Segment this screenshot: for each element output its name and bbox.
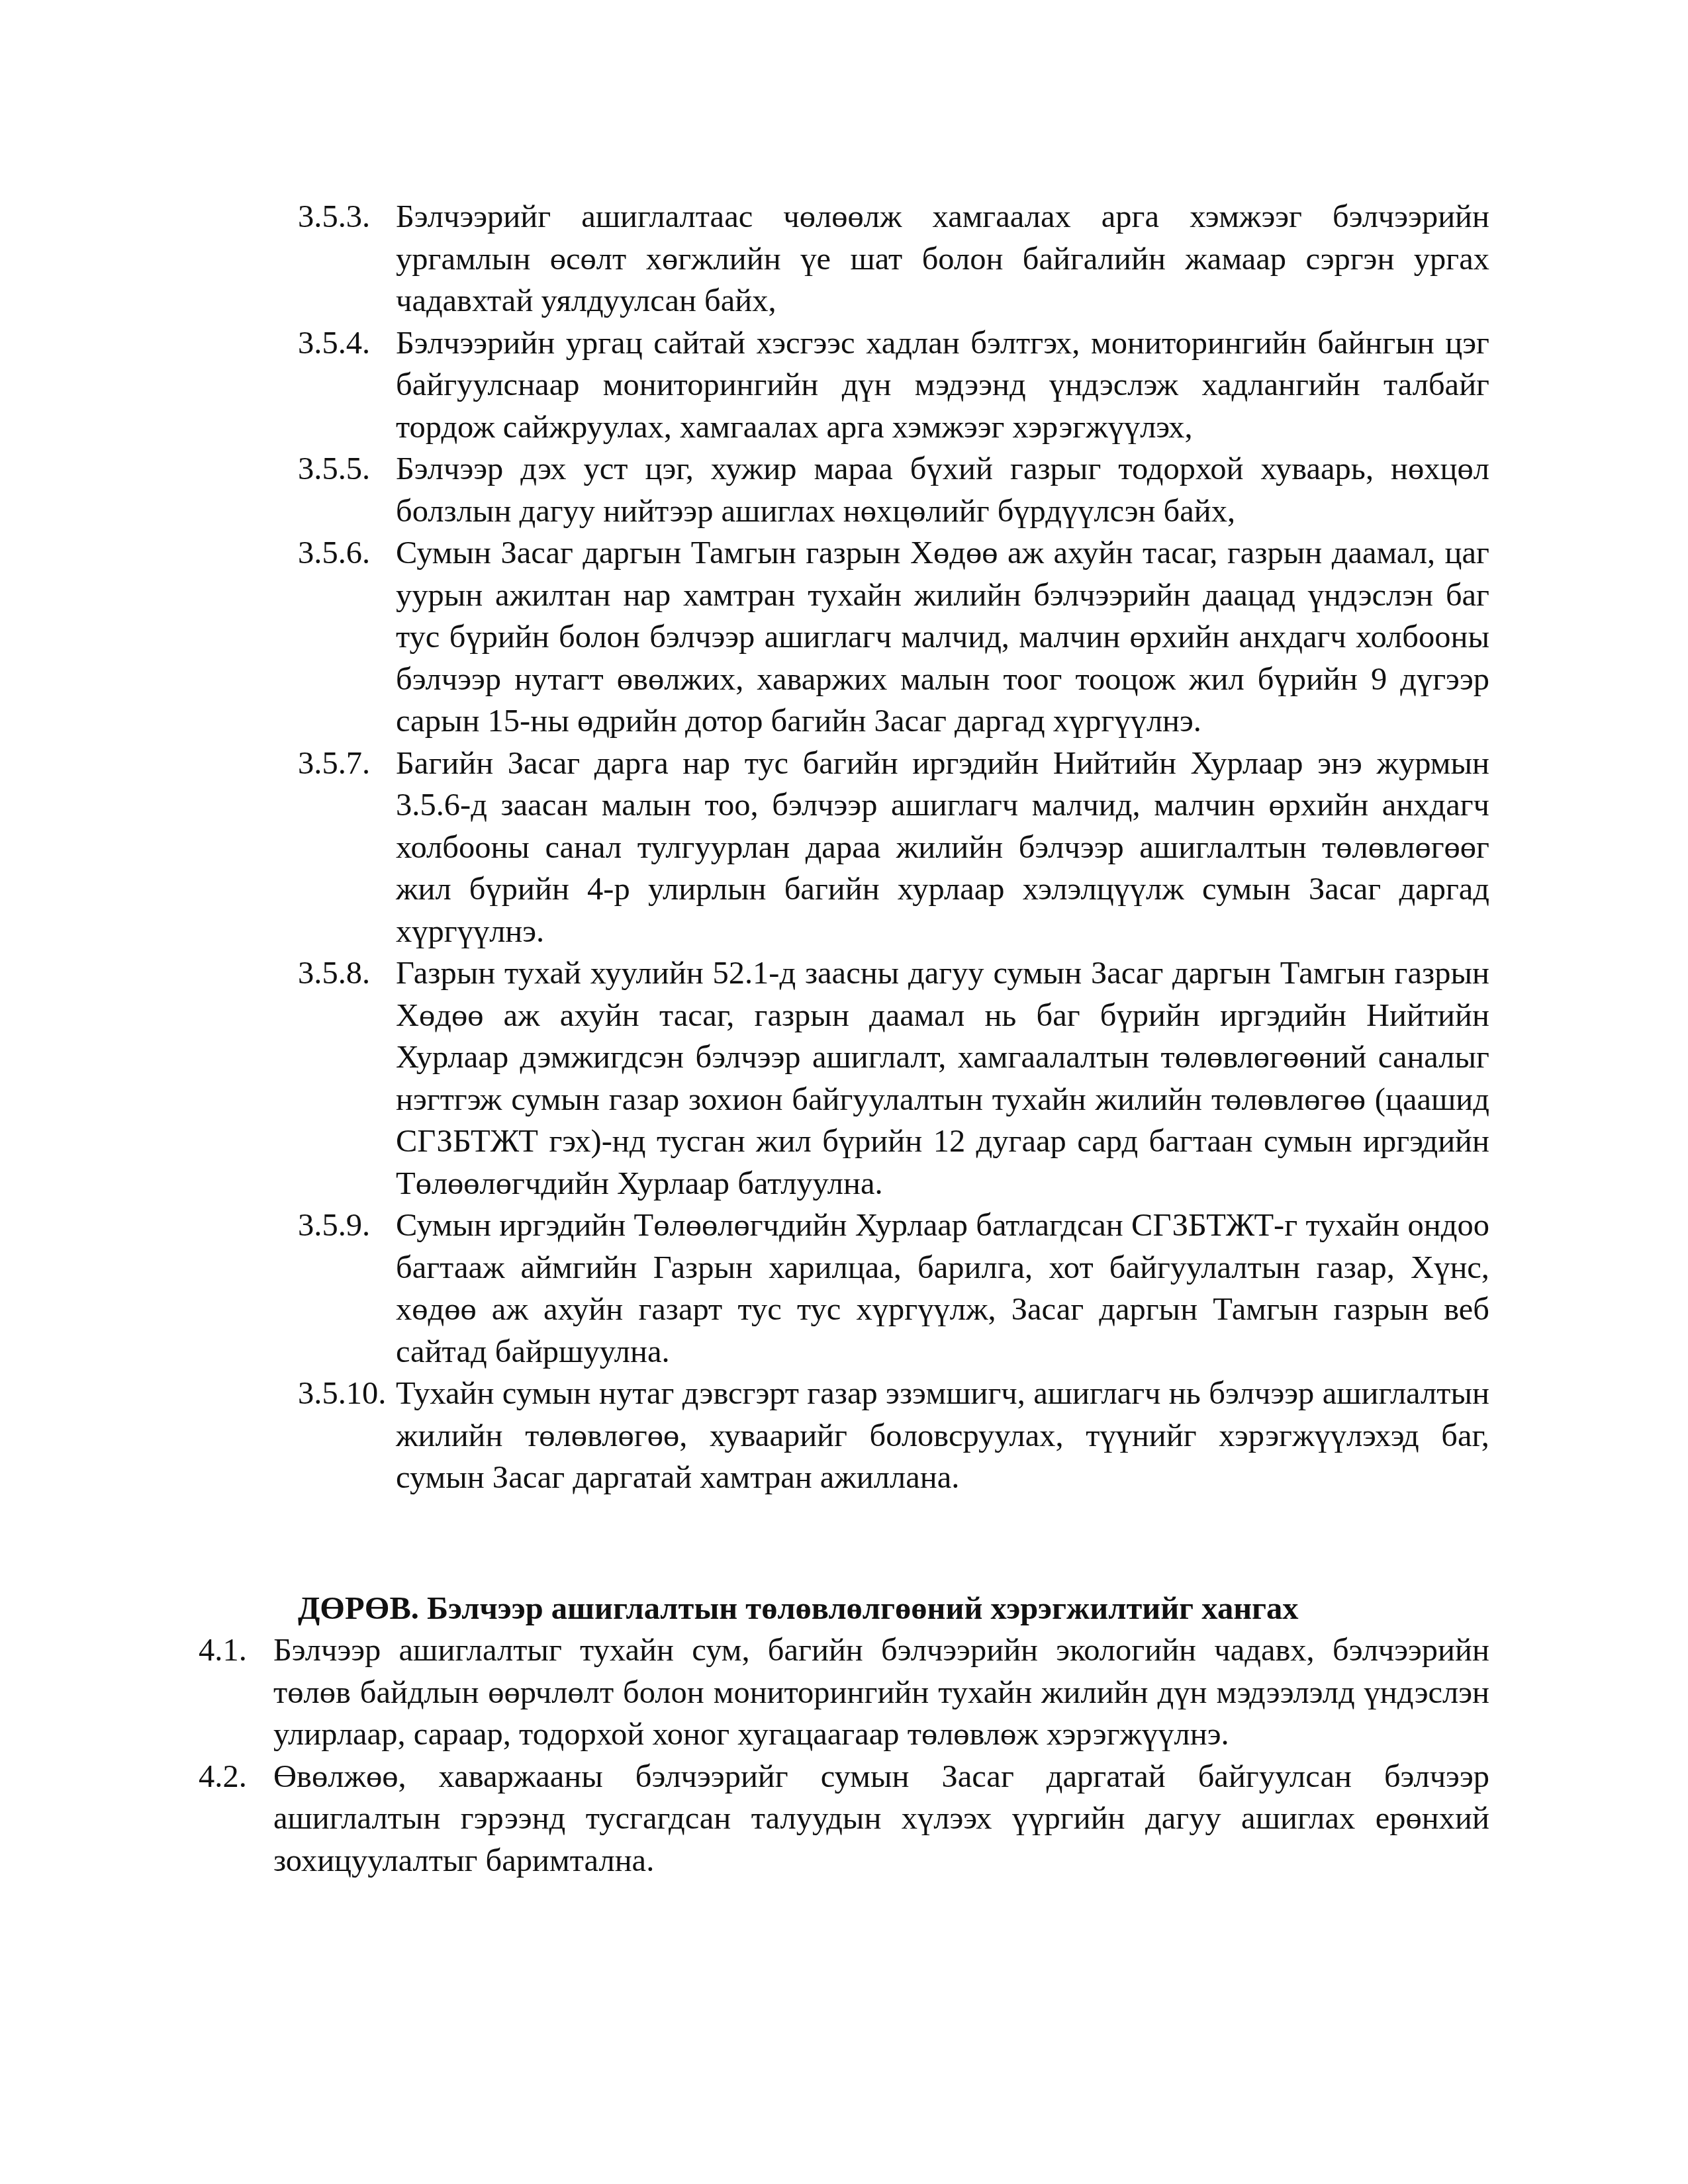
item-text: Тухайн сумын нутаг дэвсгэрт газар эзэмши… bbox=[396, 1373, 1489, 1499]
list-item-4-2: 4.2. Өвөлжөө, хаваржааны бэлчээрийг сумы… bbox=[199, 1756, 1489, 1882]
list-item-3-5-10: 3.5.10. Тухайн сумын нутаг дэвсгэрт газа… bbox=[298, 1373, 1489, 1499]
item-text: Сумын иргэдийн Төлөөлөгчдийн Хурлаар бат… bbox=[396, 1205, 1489, 1373]
item-text: Бэлчээрийн ургац сайтай хэсгээс хадлан б… bbox=[396, 322, 1489, 449]
item-text: Сумын Засаг даргын Тамгын газрын Хөдөө а… bbox=[396, 532, 1489, 743]
item-text: Багийн Засаг дарга нар тус багийн иргэди… bbox=[396, 743, 1489, 953]
item-number: 4.1. bbox=[199, 1629, 247, 1672]
section-list: 4.1. Бэлчээр ашиглалтыг тухайн сум, баги… bbox=[199, 1629, 1489, 1882]
list-item-3-5-4: 3.5.4. Бэлчээрийн ургац сайтай хэсгээс х… bbox=[298, 322, 1489, 449]
item-number: 4.2. bbox=[199, 1756, 247, 1798]
item-text: Бэлчээр дэх уст цэг, хужир мараа бүхий г… bbox=[396, 448, 1489, 532]
subsection-list: 3.5.3. Бэлчээрийг ашиглалтаас чөлөөлж ха… bbox=[298, 196, 1489, 1499]
list-item-3-5-8: 3.5.8. Газрын тухай хуулийн 52.1-д заасн… bbox=[298, 952, 1489, 1205]
item-text: Газрын тухай хуулийн 52.1-д заасны дагуу… bbox=[396, 952, 1489, 1205]
item-number: 3.5.8. bbox=[298, 952, 370, 995]
list-item-3-5-5: 3.5.5. Бэлчээр дэх уст цэг, хужир мараа … bbox=[298, 448, 1489, 532]
item-number: 3.5.3. bbox=[298, 196, 370, 238]
item-number: 3.5.4. bbox=[298, 322, 370, 365]
list-item-3-5-6: 3.5.6. Сумын Засаг даргын Тамгын газрын … bbox=[298, 532, 1489, 743]
item-text: Бэлчээр ашиглалтыг тухайн сум, багийн бэ… bbox=[273, 1629, 1489, 1756]
document-page: 3.5.3. Бэлчээрийг ашиглалтаас чөлөөлж ха… bbox=[0, 0, 1688, 2184]
list-item-3-5-3: 3.5.3. Бэлчээрийг ашиглалтаас чөлөөлж ха… bbox=[298, 196, 1489, 322]
item-number: 3.5.10. bbox=[298, 1373, 386, 1415]
item-number: 3.5.7. bbox=[298, 743, 370, 785]
item-number: 3.5.9. bbox=[298, 1205, 370, 1247]
item-number: 3.5.5. bbox=[298, 448, 370, 490]
item-text: Бэлчээрийг ашиглалтаас чөлөөлж хамгаалах… bbox=[396, 196, 1489, 322]
list-item-4-1: 4.1. Бэлчээр ашиглалтыг тухайн сум, баги… bbox=[199, 1629, 1489, 1756]
list-item-3-5-9: 3.5.9. Сумын иргэдийн Төлөөлөгчдийн Хурл… bbox=[298, 1205, 1489, 1373]
item-text: Өвөлжөө, хаваржааны бэлчээрийг сумын Зас… bbox=[273, 1756, 1489, 1882]
section-heading: ДӨРӨВ. Бэлчээр ашиглалтын төлөвлөлгөөний… bbox=[298, 1588, 1299, 1630]
list-item-3-5-7: 3.5.7. Багийн Засаг дарга нар тус багийн… bbox=[298, 743, 1489, 953]
item-number: 3.5.6. bbox=[298, 532, 370, 574]
